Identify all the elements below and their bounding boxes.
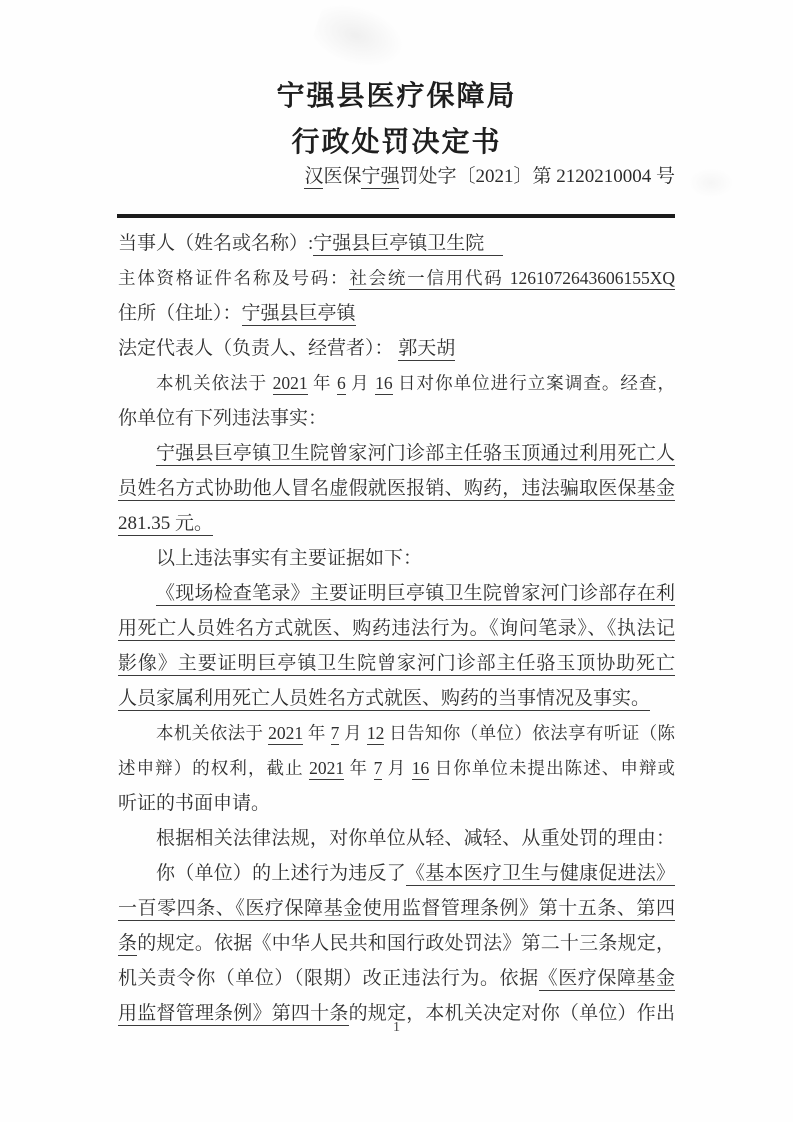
text-line: 以上违法事实有主要证据如下： [118,541,675,576]
text-segment: 宁强县巨亭镇卫生院曾家河门诊部主任骆玉顶通过利用死亡人 [156,443,675,466]
text-line: 条的规定。依据《中华人民共和国行政处罚法》第二十三条规定，本 [118,926,675,961]
document-title: 宁强县医疗保障局 行政处罚决定书 [118,74,675,166]
text-segment: 员姓名方式协助他人冒名虚假就医报销、购药，违法骗取医保基金 [118,478,675,501]
scan-artifact [688,168,734,198]
text-line: 281.35 元。 [118,506,675,541]
scan-artifact [308,0,412,78]
text-line: 本机关依法于 2021 年 7 月 12 日告知你（单位）依法享有听证（陈 [118,716,675,751]
text-line: 本机关依法于 2021 年 6 月 16 日对你单位进行立案调查。经查， [118,366,675,401]
text-line: 听证的书面申请。 [118,786,675,821]
text-line: 根据相关法律法规，对你单位从轻、减轻、从重处罚的理由：无。 [118,821,675,856]
text-segment: 条 [118,933,137,956]
text-segment: 宁强 [361,166,399,189]
text-segment: 述申辩）的权利，截止 [118,758,309,778]
text-line: 用死亡人员姓名方式就医、购药违法行为。《询问笔录》、《执法记录 [118,611,675,646]
text-segment: 2021 [273,373,308,395]
text-segment: 16 [375,373,393,395]
text-segment: 你（单位）的上述行为违反了 [156,863,406,884]
text-segment: 年 [344,758,373,778]
text-segment: 2021 [309,758,344,780]
text-segment: 宁强县巨亭镇 [242,303,356,326]
text-line: 住所（住址）：宁强县巨亭镇 [118,296,675,331]
text-segment: 社会统一信用代码 1261072643606155XQ [349,268,675,290]
text-segment: 月 [346,373,375,393]
text-line: 你（单位）的上述行为违反了《基本医疗卫生与健康促进法》第 [118,856,675,891]
text-segment: 用死亡人员姓名方式就医、购药违法行为。《询问笔录》、《执法记录 [118,618,675,646]
text-segment: 12 [367,723,385,745]
text-segment: 《现场检查笔录》主要证明巨亭镇卫生院曾家河门诊部存在利 [156,583,675,606]
text-segment: 7 [374,758,383,780]
text-segment: 日对你单位进行立案调查。经查， [393,373,675,393]
text-segment: 人员家属利用死亡人员姓名方式就医、购药的当事情况及事实。 [118,688,650,711]
text-segment: 本机关依法于 [156,373,273,393]
page-number: 1 [0,1020,793,1036]
text-line: 影像》主要证明巨亭镇卫生院曾家河门诊部主任骆玉顶协助死亡 [118,646,675,681]
text-segment: 281.35 元。 [118,513,213,536]
text-line: 当事人（姓名或名称）:宁强县巨亭镇卫生院 [118,226,675,261]
body-text: 当事人（姓名或名称）:宁强县巨亭镇卫生院 主体资格证件名称及号码：社会统一信用代… [118,226,675,1031]
text-segment: 主体资格证件名称及号码： [118,268,349,288]
text-segment: 月 [382,758,411,778]
text-segment: 16 [412,758,430,780]
text-segment: 医保 [323,166,361,187]
text-line: 主体资格证件名称及号码：社会统一信用代码 1261072643606155XQ [118,261,675,296]
text-segment: 的规定。依据《中华人民共和国行政处罚法》第二十三条规定，本 [118,933,675,961]
text-segment: 罚处字〔2021〕第 2120210004 号 [399,166,675,187]
title-line-issuer: 宁强县医疗保障局 [118,74,675,120]
text-line: 员姓名方式协助他人冒名虚假就医报销、购药，违法骗取医保基金 [118,471,675,506]
text-line: 宁强县巨亭镇卫生院曾家河门诊部主任骆玉顶通过利用死亡人 [118,436,675,471]
text-segment: 年 [303,723,330,743]
text-line: 一百零四条、《医疗保障基金使用监督管理条例》第十五条、第四十 [118,891,675,926]
text-segment: 日告知你（单位）依法享有听证（陈 [384,723,675,743]
text-segment: 郭天胡 [398,338,455,361]
text-line: 机关责令你（单位）（限期）改正违法行为。依据《医疗保障基金使 [118,961,675,996]
text-segment: 日你单位未提出陈述、申辩或 [429,758,675,778]
text-line: 你单位有下列违法事实： [118,401,675,436]
text-segment: 根据相关法律法规，对你单位从轻、减轻、从重处罚的理由： [156,828,675,849]
text-segment: 住所（住址）： [118,303,242,324]
doc-number: 汉医保宁强罚处字〔2021〕第 2120210004 号 [118,163,675,191]
header-divider [117,214,675,218]
title-line-doctype: 行政处罚决定书 [118,120,675,166]
text-segment: 年 [308,373,337,393]
text-segment: 本机关依法于 [156,723,268,743]
text-segment: 一百零四条、《医疗保障基金使用监督管理条例》第十五条、第四十 [118,898,675,926]
text-segment: 汉 [304,166,323,189]
scanned-document-page: 宁强县医疗保障局 行政处罚决定书 汉医保宁强罚处字〔2021〕第 2120210… [0,0,793,1122]
text-segment: 法定代表人（负责人、经营者）： [118,338,398,359]
text-segment: 机关责令你（单位）（限期）改正违法行为。依据 [118,968,539,989]
text-line: 述申辩）的权利，截止 2021 年 7 月 16 日你单位未提出陈述、申辩或 [118,751,675,786]
text-segment: 以上违法事实有主要证据如下： [156,548,422,569]
text-line: 《现场检查笔录》主要证明巨亭镇卫生院曾家河门诊部存在利 [118,576,675,611]
text-segment: 2021 [268,723,303,745]
text-segment: 6 [337,373,346,395]
text-segment: 当事人（姓名或名称）: [118,233,313,254]
text-segment: 听证的书面申请。 [118,793,270,814]
text-segment: 影像》主要证明巨亭镇卫生院曾家河门诊部主任骆玉顶协助死亡 [118,653,675,676]
text-segment: 你单位有下列违法事实： [118,408,327,429]
text-line: 人员家属利用死亡人员姓名方式就医、购药的当事情况及事实。 [118,681,675,716]
text-segment: 宁强县巨亭镇卫生院 [313,233,503,256]
text-line: 法定代表人（负责人、经营者）： 郭天胡 [118,331,675,366]
text-segment: 月 [339,723,366,743]
